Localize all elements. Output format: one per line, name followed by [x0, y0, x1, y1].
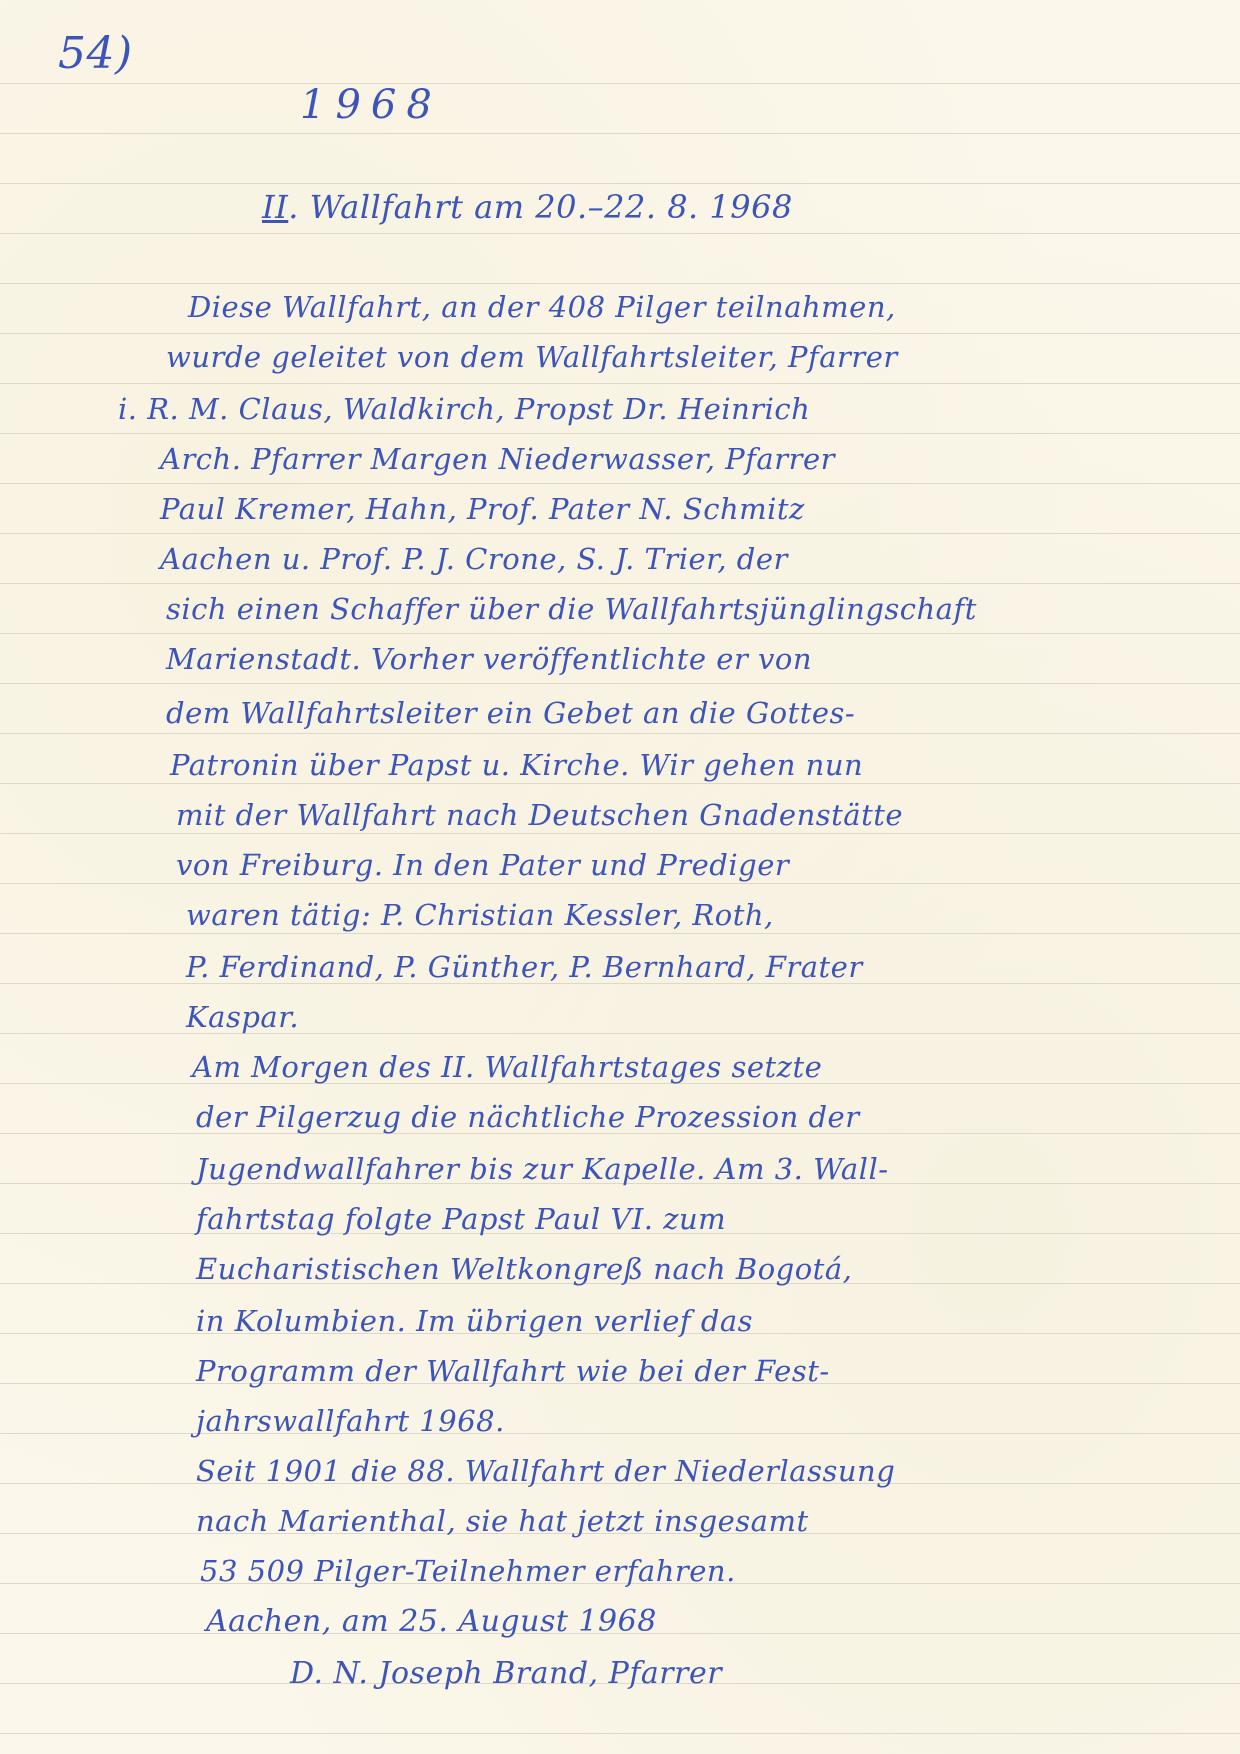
body-line: nach Marienthal, sie hat jetzt insgesamt [196, 1504, 809, 1538]
body-line: mit der Wallfahrt nach Deutschen Gnadens… [176, 798, 903, 832]
body-line: Patronin über Papst u. Kirche. Wir gehen… [170, 748, 863, 782]
body-line: von Freiburg. In den Pater und Prediger [176, 848, 789, 882]
body-line: Eucharistischen Weltkongreß nach Bogotá, [196, 1252, 852, 1286]
body-line: jahrswallfahrt 1968. [196, 1404, 505, 1438]
body-line: fahrtstag folgte Papst Paul VI. zum [196, 1202, 726, 1236]
ruled-line [0, 883, 1240, 884]
ruled-line [0, 183, 1240, 184]
ruled-line [0, 83, 1240, 84]
body-line: P. Ferdinand, P. Günther, P. Bernhard, F… [186, 950, 863, 984]
body-line: Jugendwallfahrer bis zur Kapelle. Am 3. … [196, 1152, 889, 1186]
ruled-line [0, 733, 1240, 734]
body-line: i. R. M. Claus, Waldkirch, Propst Dr. He… [118, 392, 810, 426]
ruled-line [0, 333, 1240, 334]
ruled-line [0, 133, 1240, 134]
body-line: Arch. Pfarrer Margen Niederwasser, Pfarr… [160, 442, 835, 476]
body-line: wurde geleitet von dem Wallfahrtsleiter,… [166, 340, 898, 374]
ruled-line [0, 533, 1240, 534]
ruled-line [0, 833, 1240, 834]
body-line: Kaspar. [186, 1000, 299, 1034]
body-line: der Pilgerzug die nächtliche Prozession … [196, 1100, 860, 1134]
ruled-line [0, 383, 1240, 384]
ruled-line [0, 483, 1240, 484]
ruled-line [0, 233, 1240, 234]
body-line: sich einen Schaffer über die Wallfahrtsj… [166, 592, 977, 626]
body-line: Am Morgen des II. Wallfahrtstages setzte [192, 1050, 822, 1084]
signature: D. N. Joseph Brand, Pfarrer [290, 1656, 722, 1691]
heading-text: . Wallfahrt am 20.–22. 8. 1968 [288, 188, 793, 226]
body-line: dem Wallfahrtsleiter ein Gebet an die Go… [166, 696, 855, 730]
ruled-line [0, 783, 1240, 784]
body-line: Programm der Wallfahrt wie bei der Fest- [196, 1354, 830, 1388]
pilgrimage-number: II [262, 188, 288, 226]
body-line: Diese Wallfahrt, an der 408 Pilger teiln… [188, 290, 896, 324]
ruled-line [0, 433, 1240, 434]
ruled-line [0, 1433, 1240, 1434]
body-line: 53 509 Pilger-Teilnehmer erfahren. [200, 1554, 736, 1588]
ruled-line [0, 1733, 1240, 1734]
ruled-line [0, 683, 1240, 684]
body-line: Seit 1901 die 88. Wallfahrt der Niederla… [196, 1454, 895, 1488]
body-line: in Kolumbien. Im übrigen verlief das [196, 1304, 753, 1338]
place-date: Aachen, am 25. August 1968 [206, 1604, 657, 1639]
ruled-line [0, 933, 1240, 934]
ruled-line [0, 633, 1240, 634]
notebook-page: 54) 1968 II. Wallfahrt am 20.–22. 8. 196… [0, 0, 1240, 1754]
year-heading: 1968 [300, 82, 442, 128]
body-line: waren tätig: P. Christian Kessler, Roth, [186, 898, 774, 932]
entry-heading: II. Wallfahrt am 20.–22. 8. 1968 [262, 188, 793, 226]
body-line: Marienstadt. Vorher veröffentlichte er v… [166, 642, 812, 676]
body-line: Paul Kremer, Hahn, Prof. Pater N. Schmit… [160, 492, 805, 526]
ruled-line [0, 283, 1240, 284]
body-line: Aachen u. Prof. P. J. Crone, S. J. Trier… [160, 542, 788, 576]
page-number: 54) [58, 28, 133, 79]
ruled-line [0, 583, 1240, 584]
